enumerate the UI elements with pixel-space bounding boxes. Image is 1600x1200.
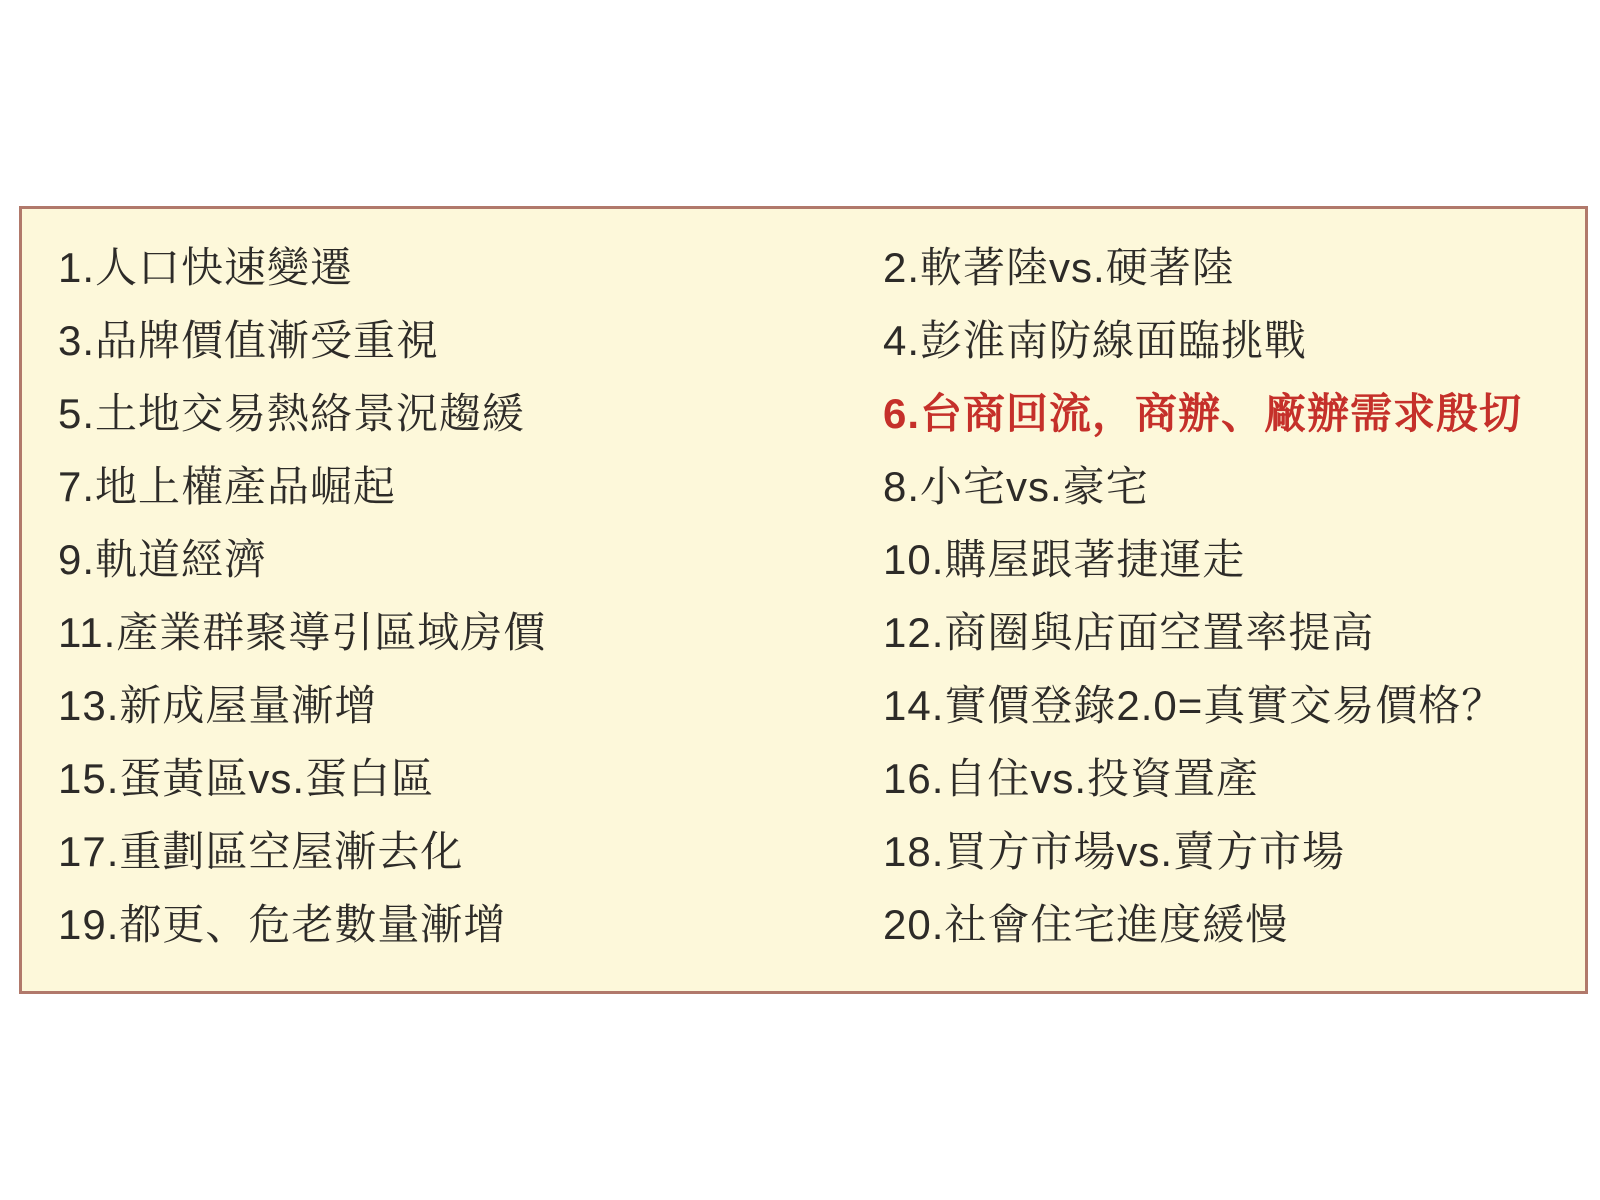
topic-list-item-20: 20.社會住宅進度緩慢	[883, 904, 1575, 946]
topics-panel: 1.人口快速變遷2.軟著陸vs.硬著陸3.品牌價值漸受重視4.彭淮南防線面臨挑戰…	[19, 206, 1588, 994]
topic-list-item-11: 11.產業群聚導引區域房價	[58, 612, 883, 654]
document-page: 1.人口快速變遷2.軟著陸vs.硬著陸3.品牌價值漸受重視4.彭淮南防線面臨挑戰…	[0, 0, 1600, 1200]
topic-list-item-9: 9.軌道經濟	[58, 539, 883, 581]
topic-list-item-8: 8.小宅vs.豪宅	[883, 466, 1575, 508]
topic-list-item-14: 14.實價登錄2.0=真實交易價格？	[883, 685, 1575, 727]
topics-grid: 1.人口快速變遷2.軟著陸vs.硬著陸3.品牌價值漸受重視4.彭淮南防線面臨挑戰…	[22, 209, 1585, 961]
topic-list-item-15: 15.蛋黃區vs.蛋白區	[58, 758, 883, 800]
topic-list-item-10: 10.購屋跟著捷運走	[883, 539, 1575, 581]
topic-list-item-1: 1.人口快速變遷	[58, 247, 883, 289]
topic-list-item-18: 18.買方市場vs.賣方市場	[883, 831, 1575, 873]
topic-list-item-7: 7.地上權產品崛起	[58, 466, 883, 508]
topic-list-item-17: 17.重劃區空屋漸去化	[58, 831, 883, 873]
topic-list-item-5: 5.土地交易熱絡景況趨緩	[58, 393, 883, 435]
topic-list-item-13: 13.新成屋量漸增	[58, 685, 883, 727]
topic-list-item-19: 19.都更、危老數量漸增	[58, 904, 883, 946]
topic-list-item-6: 6.台商回流，商辦、廠辦需求殷切	[883, 393, 1575, 435]
topic-list-item-2: 2.軟著陸vs.硬著陸	[883, 247, 1575, 289]
topic-list-item-4: 4.彭淮南防線面臨挑戰	[883, 320, 1575, 362]
topic-list-item-16: 16.自住vs.投資置產	[883, 758, 1575, 800]
topic-list-item-12: 12.商圈與店面空置率提高	[883, 612, 1575, 654]
topic-list-item-3: 3.品牌價值漸受重視	[58, 320, 883, 362]
